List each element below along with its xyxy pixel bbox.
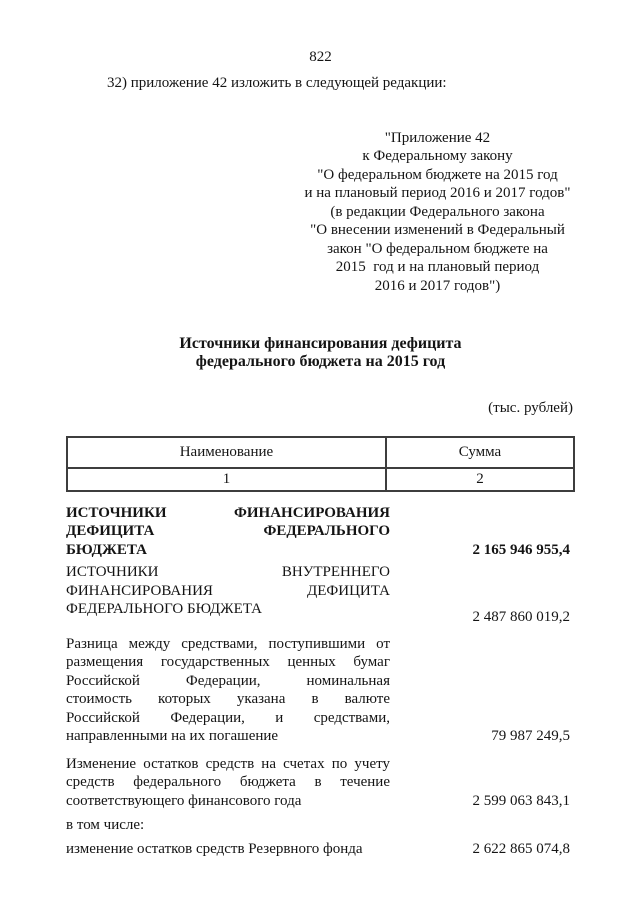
table-column-number-row: 1 2 bbox=[67, 468, 574, 491]
text-line: Изменение остатков средств на счетах по … bbox=[66, 755, 390, 774]
text-line: направленными на их погашение bbox=[66, 727, 390, 746]
table-row: Изменение остатков средств на счетах по … bbox=[66, 755, 575, 811]
column-number-1: 1 bbox=[67, 468, 386, 491]
units-note: (тыс. рублей) bbox=[66, 399, 575, 418]
row-name: ИСТОЧНИКИ ФИНАНСИРОВАНИЯДЕФИЦИТА ФЕДЕРАЛ… bbox=[66, 504, 390, 560]
row-name: Разница между средствами, поступившими о… bbox=[66, 635, 390, 746]
row-amount: 2 622 865 074,8 bbox=[390, 840, 575, 859]
row-amount: 2 599 063 843,1 bbox=[390, 792, 575, 811]
column-number-2: 2 bbox=[386, 468, 574, 491]
text-line: 2015 год и на плановый период bbox=[280, 258, 595, 277]
text-line: ДЕФИЦИТА ФЕДЕРАЛЬНОГО bbox=[66, 522, 390, 541]
table-row: Разница между средствами, поступившими о… bbox=[66, 635, 575, 746]
row-amount: 2 165 946 955,4 bbox=[390, 541, 575, 560]
row-amount: 79 987 249,5 bbox=[390, 727, 575, 746]
text-line: размещения государственных ценных бумаг bbox=[66, 653, 390, 672]
row-amount: 2 487 860 019,2 bbox=[390, 608, 575, 627]
text-line: БЮДЖЕТА bbox=[66, 541, 390, 560]
table-row: ИСТОЧНИКИ ФИНАНСИРОВАНИЯДЕФИЦИТА ФЕДЕРАЛ… bbox=[66, 504, 575, 560]
text-line: ИСТОЧНИКИ ВНУТРЕННЕГО bbox=[66, 563, 390, 582]
text-line: и на плановый период 2016 и 2017 годов" bbox=[280, 184, 595, 203]
table-row: ИСТОЧНИКИ ВНУТРЕННЕГОФИНАНСИРОВАНИЯ ДЕФИ… bbox=[66, 563, 575, 619]
text-line: средств федерального бюджета в течение bbox=[66, 773, 390, 792]
text-line: "О внесении изменений в Федеральный bbox=[280, 221, 595, 240]
text-line: в том числе: bbox=[66, 816, 390, 835]
document-title: Источники финансирования дефицита федера… bbox=[66, 335, 575, 371]
text-line: Разница между средствами, поступившими о… bbox=[66, 635, 390, 654]
row-name: изменение остатков средств Резервного фо… bbox=[66, 840, 390, 859]
column-header-sum: Сумма bbox=[386, 437, 574, 468]
column-header-name: Наименование bbox=[67, 437, 386, 468]
text-line: Российской Федерации, и средствами, bbox=[66, 709, 390, 728]
document-title-line-2: федерального бюджета на 2015 год bbox=[66, 353, 575, 371]
text-line: ИСТОЧНИКИ ФИНАНСИРОВАНИЯ bbox=[66, 504, 390, 523]
table-row: в том числе: bbox=[66, 816, 575, 835]
text-line: к Федеральному закону bbox=[280, 147, 595, 166]
text-line: стоимость которых указана в валюте bbox=[66, 690, 390, 709]
text-line: ФЕДЕРАЛЬНОГО БЮДЖЕТА bbox=[66, 600, 390, 619]
text-line: изменение остатков средств Резервного фо… bbox=[66, 840, 390, 859]
document-title-line-1: Источники финансирования дефицита bbox=[66, 335, 575, 353]
row-name: Изменение остатков средств на счетах по … bbox=[66, 755, 390, 811]
text-line: "О федеральном бюджете на 2015 год bbox=[280, 166, 595, 185]
text-line: закон "О федеральном бюджете на bbox=[280, 240, 595, 259]
text-line: Российской Федерации, номинальная bbox=[66, 672, 390, 691]
amendment-intro-line: 32) приложение 42 изложить в следующей р… bbox=[66, 74, 575, 93]
document-page: 822 32) приложение 42 изложить в следующ… bbox=[0, 0, 640, 905]
appendix-reference-block: "Приложение 42к Федеральному закону"О фе… bbox=[280, 129, 595, 296]
table-header-row: Наименование Сумма bbox=[67, 437, 574, 468]
text-line: ФИНАНСИРОВАНИЯ ДЕФИЦИТА bbox=[66, 582, 390, 601]
row-name: ИСТОЧНИКИ ВНУТРЕННЕГОФИНАНСИРОВАНИЯ ДЕФИ… bbox=[66, 563, 390, 619]
row-name: в том числе: bbox=[66, 816, 390, 835]
text-line: (в редакции Федерального закона bbox=[280, 203, 595, 222]
text-line: соответствующего финансового года bbox=[66, 792, 390, 811]
table-header: Наименование Сумма 1 2 bbox=[66, 436, 575, 492]
text-line: 2016 и 2017 годов") bbox=[280, 277, 595, 296]
table-row: изменение остатков средств Резервного фо… bbox=[66, 840, 575, 859]
page-number: 822 bbox=[66, 48, 575, 66]
text-line: "Приложение 42 bbox=[280, 129, 595, 148]
